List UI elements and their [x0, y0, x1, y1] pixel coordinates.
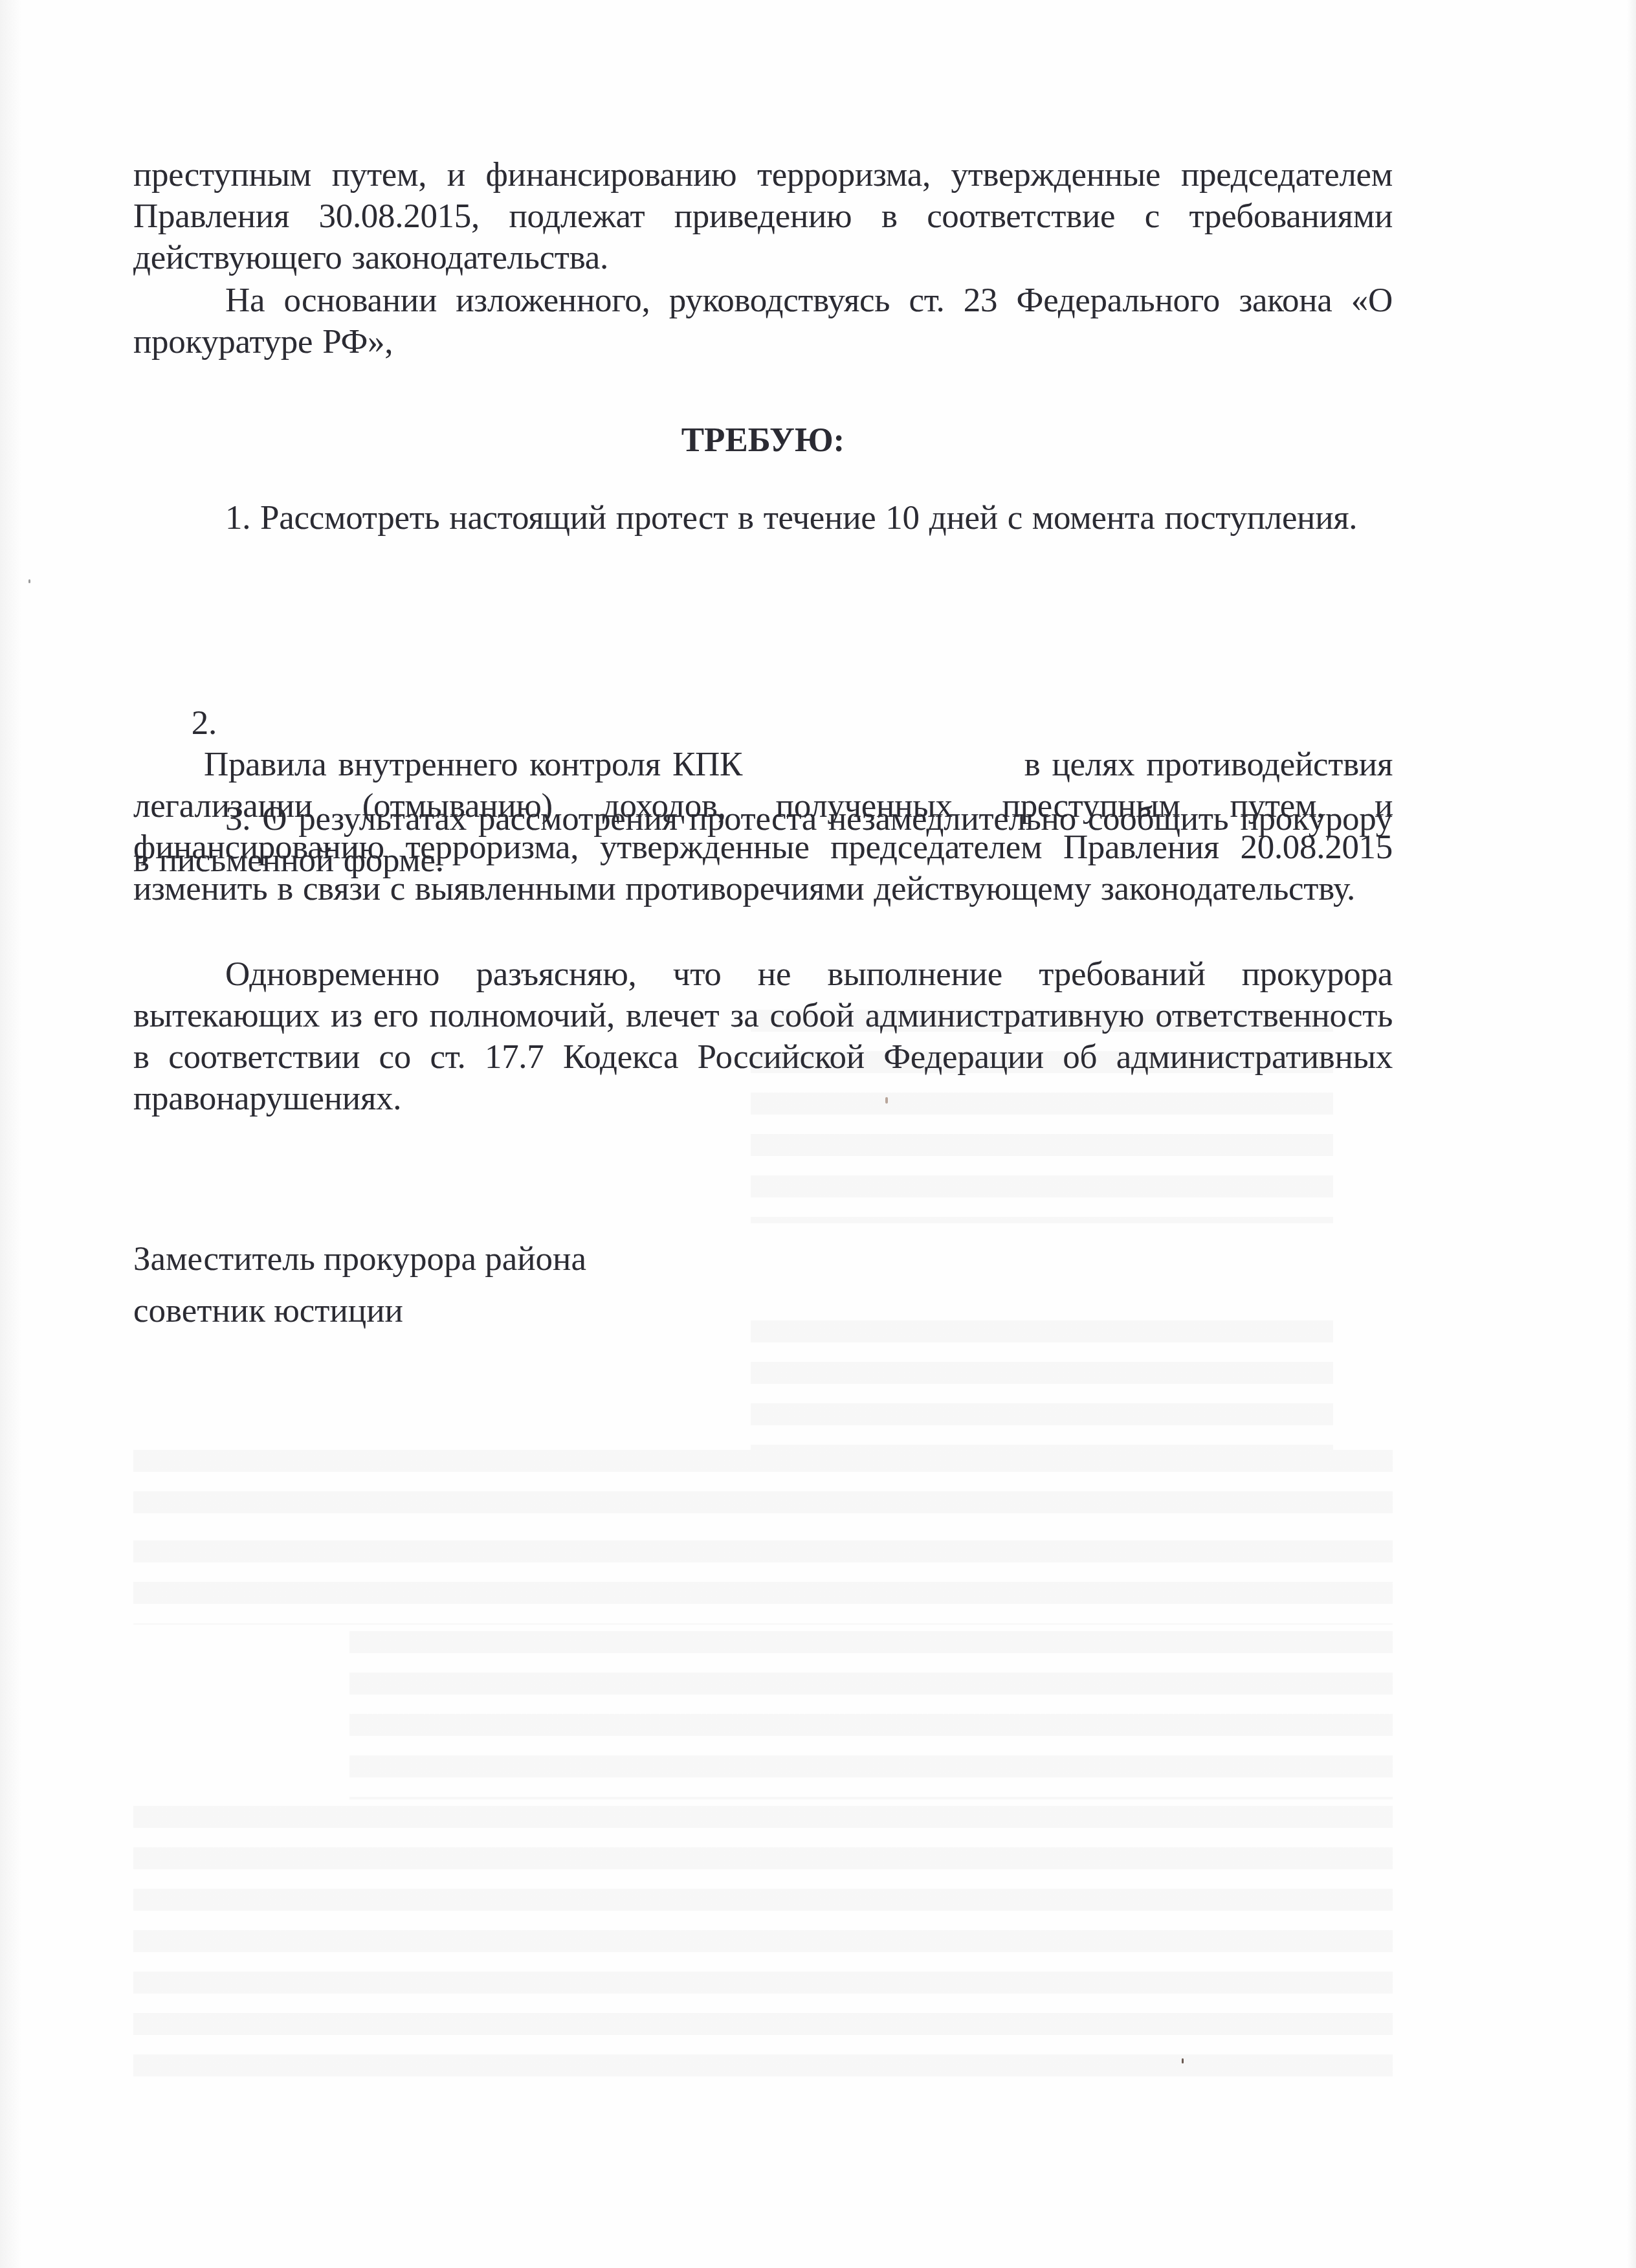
- demand-item-1: 1. Рассмотреть настоящий протест в течен…: [133, 497, 1393, 539]
- bleed-through-texture: [349, 1631, 1393, 1799]
- basis-paragraph-text: На основании изложенного, руководствуясь…: [133, 280, 1393, 362]
- warning-paragraph-text: Одновременно разъясняю, что не выполнени…: [133, 953, 1393, 1119]
- signature-rank: советник юстиции: [133, 1290, 403, 1331]
- demand-item-3: 3. О результатах рассмотрения протеста н…: [133, 798, 1393, 881]
- scanned-page: преступным путем, и финансированию терро…: [0, 0, 1636, 2268]
- scan-edge-left: [0, 0, 22, 2268]
- scan-edge-right: [1627, 0, 1636, 2268]
- bleed-through-texture: [133, 1540, 1393, 1625]
- scan-speck: [28, 579, 30, 583]
- demand-text: О результатах рассмотрения протеста неза…: [133, 800, 1393, 879]
- warning-paragraph: Одновременно разъясняю, что не выполнени…: [133, 953, 1393, 1119]
- demand-number: 2.: [192, 704, 217, 742]
- demand-heading: ТРЕБУЮ:: [133, 419, 1393, 461]
- signature-position: Заместитель прокурора района: [133, 1238, 586, 1280]
- bleed-through-texture: [133, 1806, 1393, 2084]
- continuation-paragraph-text: преступным путем, и финансированию терро…: [133, 154, 1393, 278]
- bleed-through-texture: [133, 1450, 1393, 1521]
- demand-number: 1.: [225, 499, 250, 537]
- continuation-paragraph: преступным путем, и финансированию терро…: [133, 154, 1393, 278]
- bleed-through-texture: [751, 1320, 1333, 1450]
- demand-text: Рассмотреть настоящий протест в течение …: [260, 499, 1357, 537]
- scan-speck: [1182, 2058, 1184, 2063]
- basis-paragraph: На основании изложенного, руководствуясь…: [133, 280, 1393, 362]
- demand-number: 3.: [225, 800, 250, 838]
